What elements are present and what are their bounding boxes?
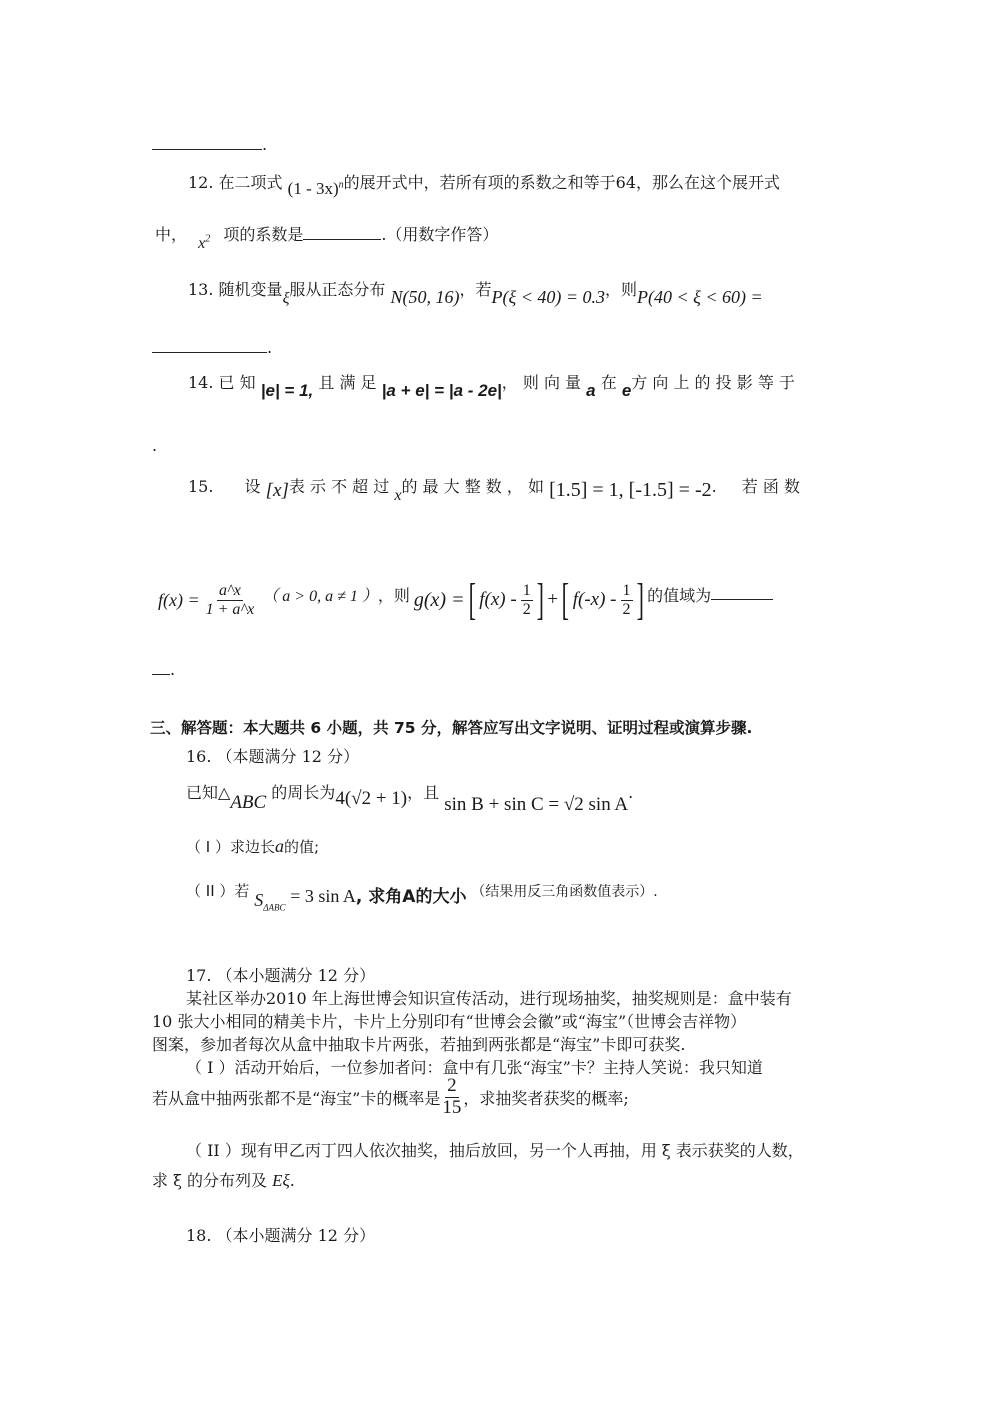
question-16-part2: （ II ）若 SΔABC = 3 sin A, 求角A的大小 （结果用反三角函… bbox=[186, 876, 658, 903]
question-number: 12. bbox=[188, 173, 213, 192]
question-17-part1-line1: （ I ）活动开始后，一位参加者问：盒中有几张“海宝”卡？主持人笑说：我只知道 bbox=[186, 1055, 763, 1078]
question-17-para-line3: 图案，参加者每次从盒中抽取卡片两张，若抽到两张都是“海宝”卡即可获奖. bbox=[152, 1032, 685, 1055]
question-17-para-line1: 某社区举办2010 年上海世博会知识宣传活动，进行现场抽奖，抽奖规则是：盒中装有 bbox=[186, 986, 792, 1009]
question-12-line1: 12. 在二项式 (1 - 3x)n的展开式中，若所有项的系数之和等于64，那么… bbox=[188, 170, 780, 193]
question-17-part2-line1: （ II ）现有甲乙丙丁四人依次抽奖，抽后放回，另一个人再抽，用 ξ 表示获奖的… bbox=[186, 1138, 804, 1161]
question-18-header: 18. （本小题满分 12 分） bbox=[186, 1223, 375, 1246]
fraction-2-15: 2 15 bbox=[440, 1076, 463, 1119]
question-16-part1: （ I ）求边长a的值; bbox=[186, 836, 319, 857]
answer-blank-q12 bbox=[303, 225, 381, 240]
answer-blank-q14: . bbox=[152, 436, 157, 455]
answer-blank-q11: . bbox=[152, 135, 267, 154]
answer-blank-q15 bbox=[711, 585, 773, 600]
answer-blank-q15-cont: . bbox=[152, 660, 175, 679]
question-13-line1: 13. 随机变量ξ服从正态分布 N(50, 16)，若P(ξ < 40) = 0… bbox=[188, 277, 763, 300]
question-12-line2: 中， x2 项的系数是.（用数字作答） bbox=[155, 222, 498, 245]
question-15-line1: 15. 设 [x]表 示 不 超 过 x的 最 大 整 数 ， 如 [1.5] … bbox=[188, 474, 800, 498]
question-16-header: 16. （本题满分 12 分） bbox=[186, 744, 359, 767]
question-17-header: 17. （本小题满分 12 分） bbox=[186, 963, 375, 986]
question-14-line1: 14. 已 知 |e| = 1, 且 满 足 |a + e| = |a - 2e… bbox=[188, 370, 795, 393]
question-17-part2-line2: 求 ξ 的分布列及 Eξ. bbox=[152, 1168, 295, 1191]
question-17-para-line2: 10 张大小相同的精美卡片，卡片上分别印有“世博会会徽”或“海宝”（世博会吉祥物… bbox=[152, 1009, 746, 1032]
fraction-f: a^x 1 + a^x bbox=[204, 582, 257, 618]
question-15-line2: f(x) = a^x 1 + a^x （ a > 0, a ≠ 1 ） ，则 g… bbox=[158, 578, 773, 622]
answer-blank-q13: . bbox=[152, 338, 272, 357]
question-16-stem: 已知△ABC 的周长为4(√2 + 1)，且 sin B + sin C = √… bbox=[186, 780, 633, 804]
section-heading: 三、解答题：本大题共 6 小题，共 75 分，解答应写出文字说明、证明过程或演算… bbox=[150, 716, 752, 738]
question-17-part1-line2: 若从盒中抽两张都不是“海宝”卡的概率是 2 15 ，求抽奖者获奖的概率; bbox=[152, 1076, 629, 1119]
